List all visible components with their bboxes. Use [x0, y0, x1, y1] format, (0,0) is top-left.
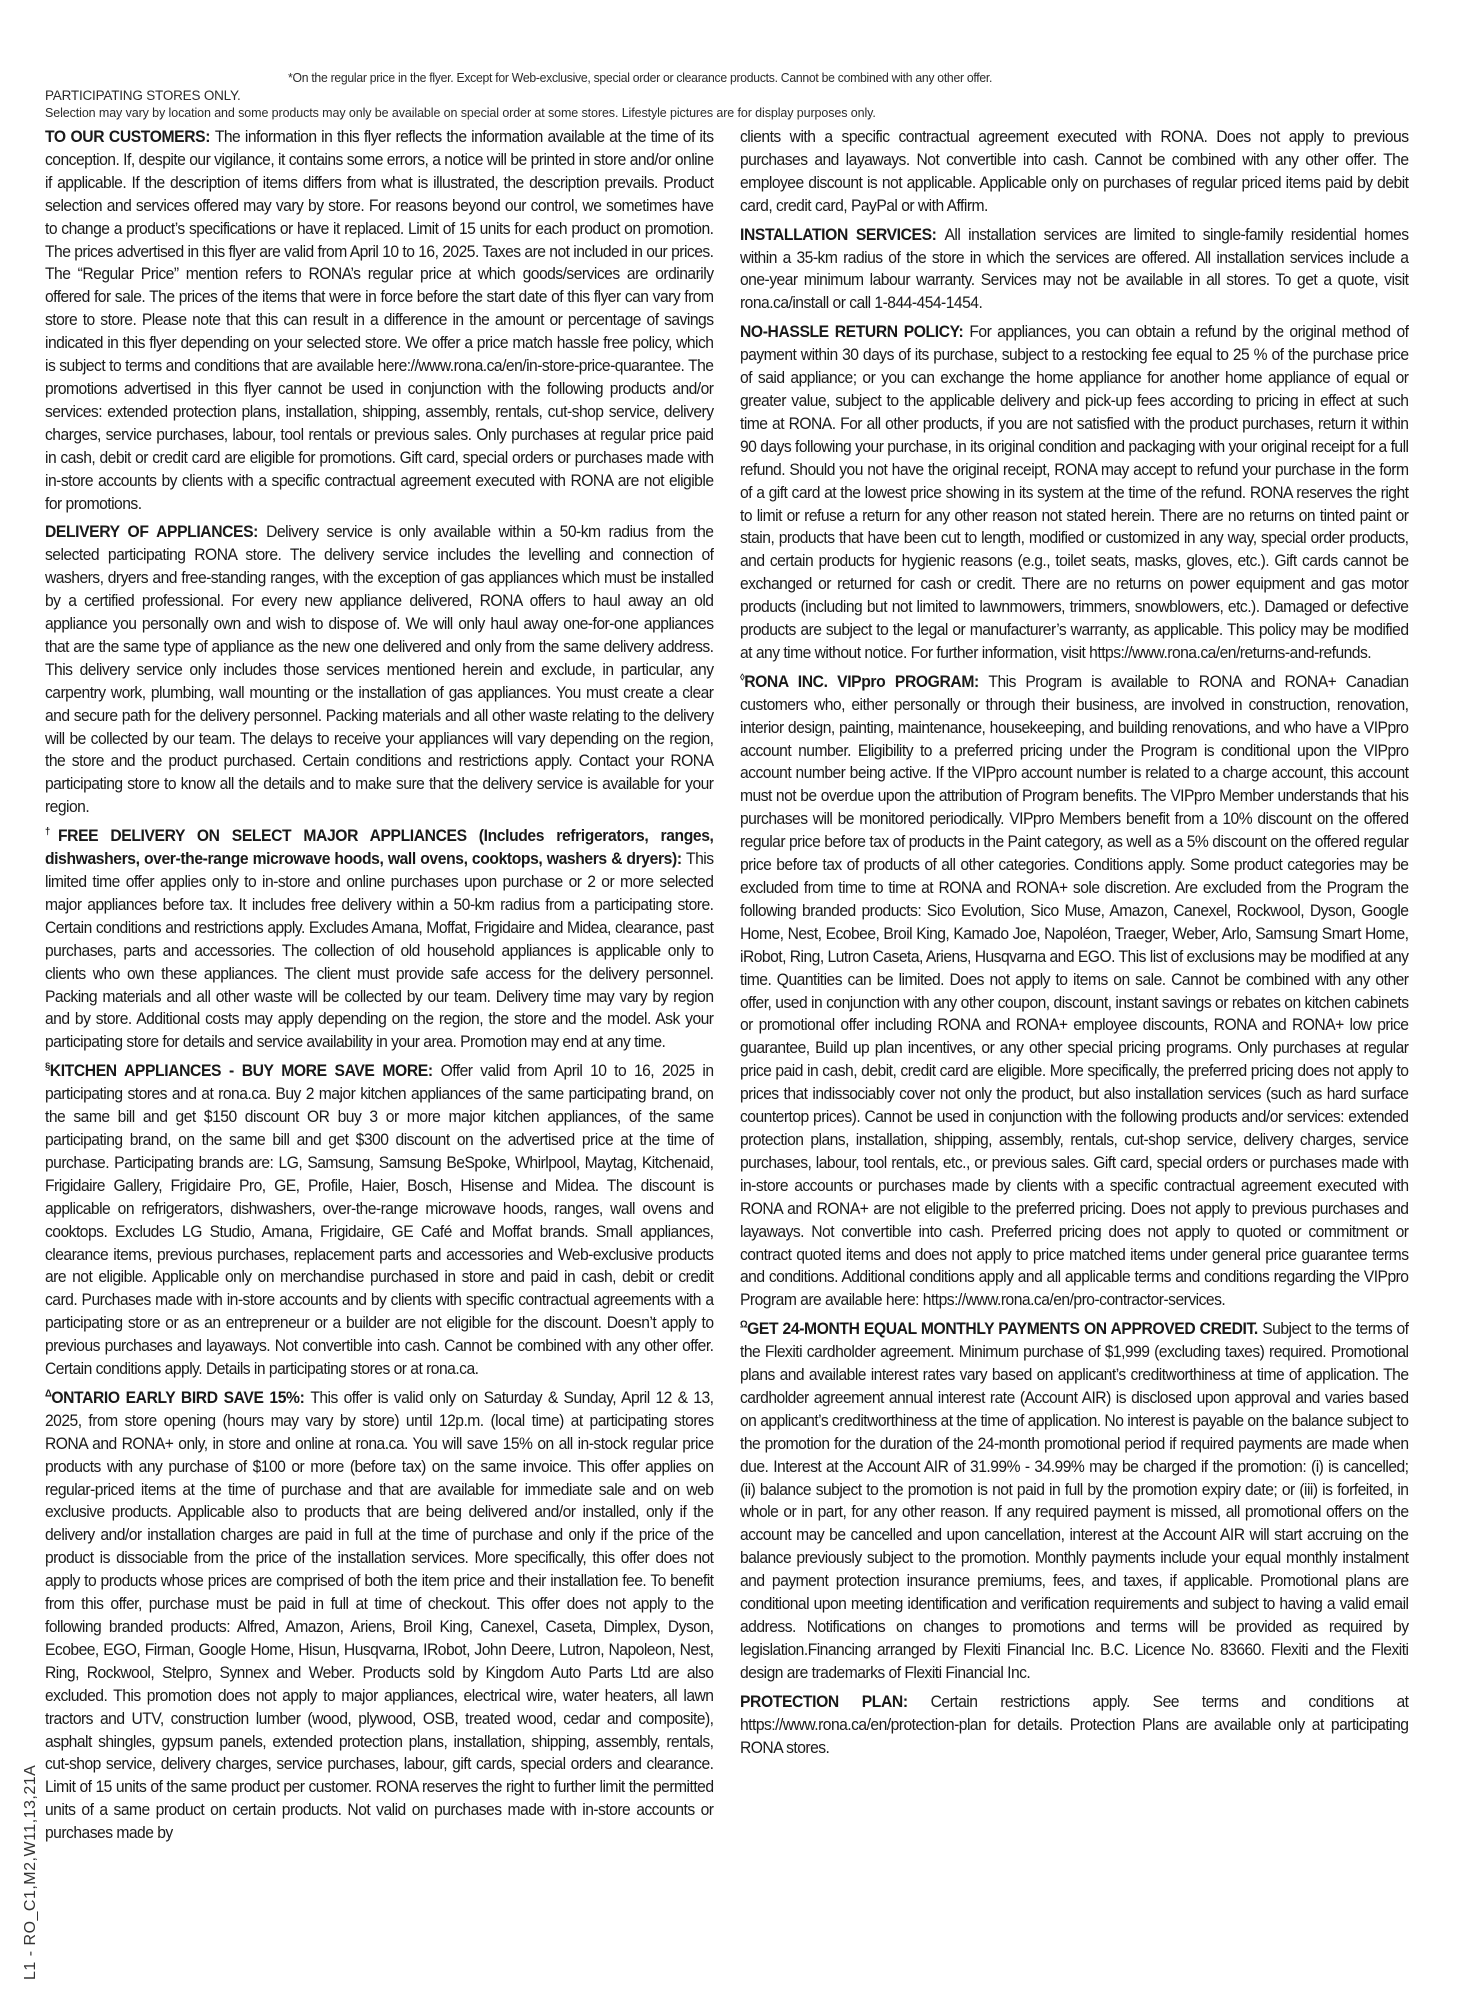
- section-ontario-early-bird: ΔONTARIO EARLY BIRD SAVE 15%: This offer…: [45, 1387, 714, 1845]
- section-heading: FREE DELIVERY ON SELECT MAJOR APPLIANCES…: [45, 827, 714, 868]
- section-early-bird-continued: clients with a specific contractual agre…: [740, 126, 1409, 218]
- section-heading: ONTARIO EARLY BIRD SAVE 15%:: [51, 1389, 310, 1407]
- section-body: The information in this flyer reflects t…: [45, 128, 714, 513]
- section-vippro-program: ◊RONA INC. VIPpro PROGRAM: This Program …: [740, 671, 1409, 1312]
- section-body: Delivery service is only available withi…: [45, 523, 714, 816]
- section-body: This offer is valid only on Saturday & S…: [45, 1389, 714, 1842]
- selection-notice: Selection may vary by location and some …: [45, 106, 1145, 120]
- participating-stores-notice: PARTICIPATING STORES ONLY.: [45, 88, 241, 103]
- section-monthly-payments: ΩGET 24-MONTH EQUAL MONTHLY PAYMENTS ON …: [740, 1318, 1409, 1685]
- section-body: For appliances, you can obtain a refund …: [740, 323, 1409, 662]
- section-no-hassle-return-policy: NO-HASSLE RETURN POLICY: For appliances,…: [740, 321, 1409, 665]
- section-body: This limited time offer applies only to …: [45, 850, 714, 1051]
- section-heading: GET 24-MONTH EQUAL MONTHLY PAYMENTS ON A…: [747, 1320, 1262, 1338]
- section-body: Offer valid from April 10 to 16, 2025 in…: [45, 1062, 714, 1378]
- section-delivery-of-appliances: DELIVERY OF APPLIANCES: Delivery service…: [45, 521, 714, 819]
- section-kitchen-appliances: §KITCHEN APPLIANCES - BUY MORE SAVE MORE…: [45, 1060, 714, 1381]
- section-heading: RONA INC. VIPpro PROGRAM:: [744, 673, 988, 691]
- section-body: This Program is available to RONA and RO…: [740, 673, 1409, 1309]
- section-free-delivery: †FREE DELIVERY ON SELECT MAJOR APPLIANCE…: [45, 825, 714, 1054]
- section-installation-services: INSTALLATION SERVICES: All installation …: [740, 224, 1409, 316]
- section-protection-plan: PROTECTION PLAN: Certain restrictions ap…: [740, 1691, 1409, 1760]
- section-heading: INSTALLATION SERVICES:: [740, 226, 944, 244]
- section-heading: KITCHEN APPLIANCES - BUY MORE SAVE MORE:: [50, 1062, 441, 1080]
- section-heading: TO OUR CUSTOMERS:: [45, 128, 215, 146]
- dagger-mark: †: [45, 827, 58, 838]
- flyer-code-vertical: L1 - RO_C1,M2,W11,13,21A: [22, 1765, 40, 1980]
- section-heading: DELIVERY OF APPLIANCES:: [45, 523, 266, 541]
- top-disclaimer-note: *On the regular price in the flyer. Exce…: [288, 70, 1134, 85]
- section-heading: PROTECTION PLAN:: [740, 1693, 931, 1711]
- section-body: clients with a specific contractual agre…: [740, 128, 1409, 215]
- right-column: clients with a specific contractual agre…: [740, 126, 1409, 1765]
- section-to-our-customers: TO OUR CUSTOMERS: The information in thi…: [45, 126, 714, 515]
- section-heading: NO-HASSLE RETURN POLICY:: [740, 323, 969, 341]
- left-column: TO OUR CUSTOMERS: The information in thi…: [45, 126, 714, 1851]
- section-body: Subject to the terms of the Flexiti card…: [740, 1320, 1409, 1682]
